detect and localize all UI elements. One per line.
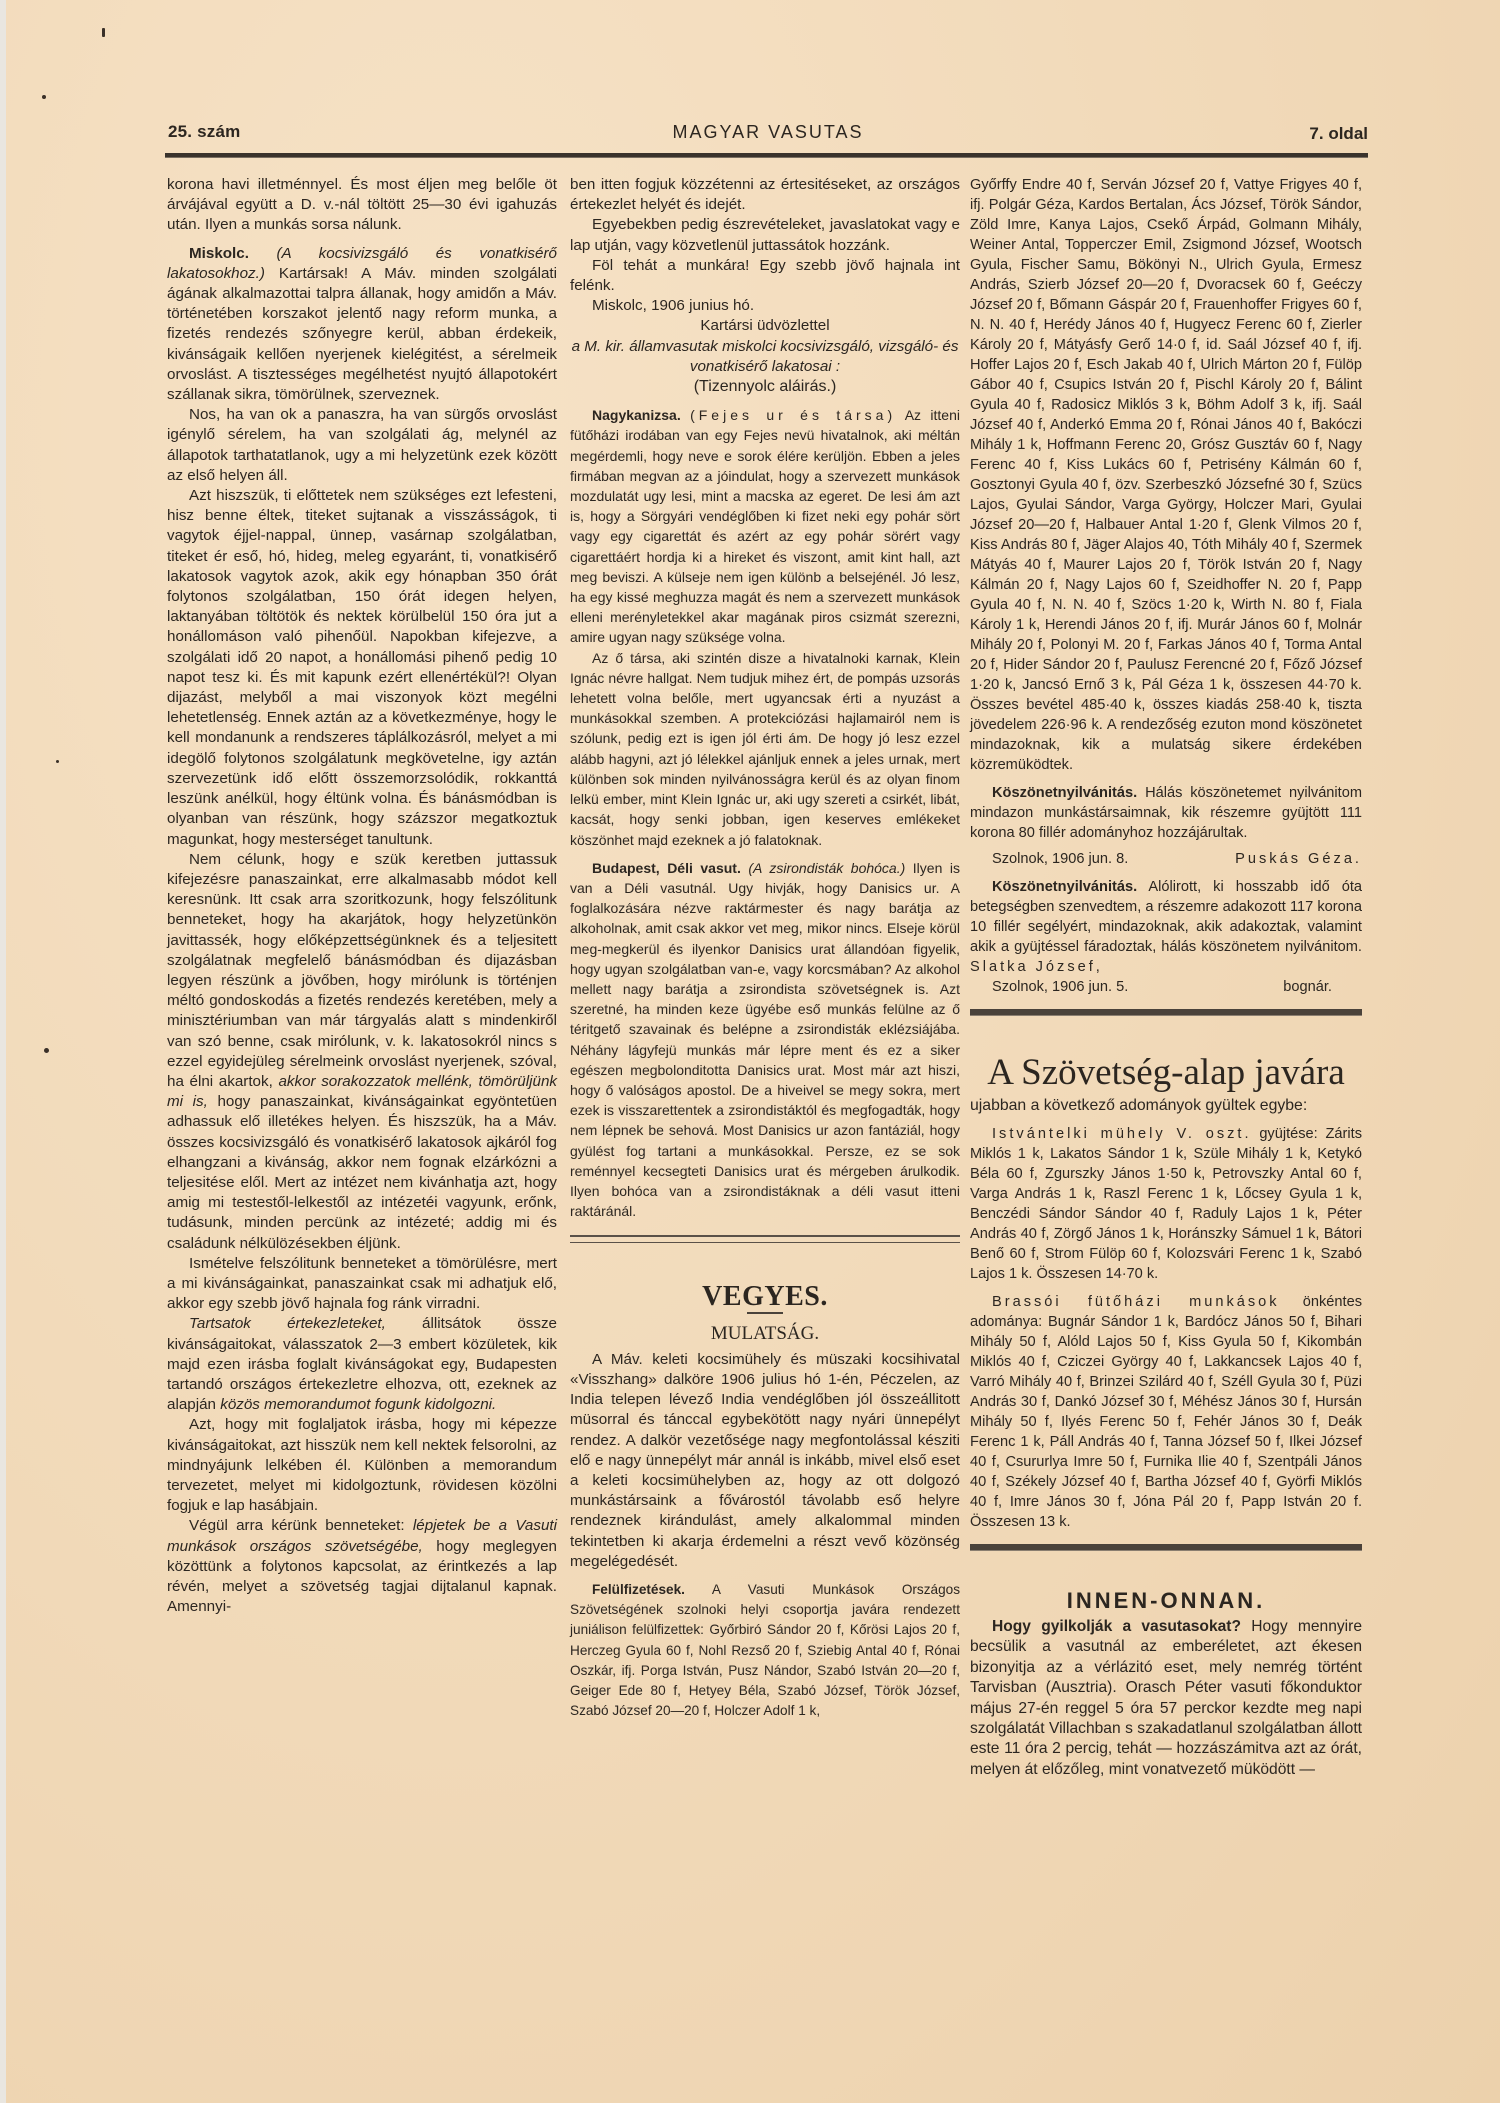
- article-text: Kartársak! A Máv. minden szolgálati ágán…: [167, 265, 557, 403]
- ink-speck: [44, 1048, 49, 1053]
- page-number: 7. oldal: [1309, 124, 1368, 144]
- notice-signature-row: Szolnok, 1906 jun. 5. bognár.: [970, 977, 1362, 997]
- section-divider: [570, 1235, 960, 1243]
- article-lead: Nagykanizsa.: [592, 407, 681, 423]
- article-budapest: Budapest, Déli vasut. (A zsirondisták bo…: [570, 858, 960, 1222]
- thanks-notice-2: Köszönetnyilvánitás. Alólirott, ki hossz…: [970, 877, 1362, 977]
- article-lead: Budapest, Déli vasut.: [592, 860, 741, 876]
- article-text: Az itteni fütőházi irodában van egy Feje…: [570, 407, 960, 645]
- paragraph: Nos, ha van ok a panaszra, ha van sürgős…: [167, 405, 557, 486]
- donation-list-istvantelek: Istvántelki mühely V. oszt. gyüjtése: Zá…: [970, 1124, 1362, 1284]
- article-gyilkoljak: Hogy gyilkolják a vasutasokat? Hogy menn…: [970, 1617, 1362, 1780]
- paragraph: korona havi illetménnyel. És most éljen …: [167, 175, 557, 236]
- article-lead: Felülfizetések.: [592, 1582, 685, 1597]
- article-miskolc: Miskolc. (A kocsivizsgáló és vonatkisérő…: [167, 244, 557, 406]
- column-middle: ben itten fogjuk közzétenni az értesités…: [570, 175, 960, 1721]
- greeting: Kartársi üdvözlettel: [570, 316, 960, 336]
- italic-text: Tartsatok értekezleteket,: [189, 1315, 386, 1332]
- notice-lead: Köszönetnyilvánitás.: [992, 785, 1137, 801]
- text: Végül arra kérünk benneteket:: [189, 1517, 405, 1534]
- dateline: Szolnok, 1906 jun. 8.: [992, 849, 1128, 869]
- paragraph: Azt, hogy mit foglaljatok irásba, hogy m…: [167, 1415, 557, 1516]
- paragraph: ben itten fogjuk közzétenni az értesités…: [570, 175, 960, 215]
- paragraph: Az ő társa, aki szintén disze a hivataln…: [570, 648, 960, 850]
- article-nagykanizsa: Nagykanizsa. (Fejes ur és társa) Az itte…: [570, 405, 960, 647]
- header-rule: [165, 153, 1368, 158]
- list-text: Zárits Miklós 1 k, Lakatos Sándor 1 k, S…: [970, 1126, 1362, 1282]
- paragraph: Nem célunk, hogy e szük keretben juttass…: [167, 850, 557, 1254]
- list-text: önkéntes adománya: Bugnár Sándor 1 k, Ba…: [970, 1294, 1362, 1530]
- text: hogy panaszainkat, kivánságainkat egyönt…: [167, 1093, 557, 1251]
- dateline: Szolnok, 1906 jun. 5.: [992, 977, 1128, 997]
- paragraph: Egyebekben pedig észrevételeket, javasla…: [570, 215, 960, 255]
- article-text: Hogy mennyire becsülik a vasutnál az emb…: [970, 1618, 1362, 1778]
- paragraph: Azt hiszszük, ti előttetek nem szükséges…: [167, 486, 557, 850]
- thanks-notice-1: Köszönetnyilvánitás. Hálás köszönetemet …: [970, 783, 1362, 843]
- paragraph: A Máv. keleti kocsimühely és müszaki koc…: [570, 1350, 960, 1572]
- section-heading-innen-onnan: INNEN-ONNAN.: [970, 1591, 1362, 1611]
- paragraph: Végül arra kérünk benneteket: lépjetek b…: [167, 1516, 557, 1617]
- donation-list-brasso: Brassói fütőházi munkások önkéntes adomá…: [970, 1292, 1362, 1532]
- masthead-title: MAGYAR VASUTAS: [168, 122, 1368, 143]
- article-felulfizetesek: Felülfizetések. A Vasuti Munkások Ország…: [570, 1580, 960, 1721]
- article-subtitle: (Fejes ur és társa): [690, 407, 896, 423]
- signer-role: bognár.: [1283, 977, 1362, 997]
- signer-name: Puskás Géza.: [1235, 849, 1362, 869]
- list-lead: Brassói fütőházi munkások: [992, 1294, 1280, 1310]
- donor-list: Győrffy Endre 40 f, Serván József 20 f, …: [970, 175, 1362, 775]
- paragraph: Föl tehát a munkára! Egy szebb jövő hajn…: [570, 256, 960, 296]
- column-left: korona havi illetménnyel. És most éljen …: [167, 175, 557, 1617]
- ink-speck: [42, 95, 46, 99]
- paragraph: Ismételve felszólitunk benneteket a tömö…: [167, 1254, 557, 1315]
- signature-count: (Tizennyolc aláirás.): [570, 377, 960, 397]
- column-right: Győrffy Endre 40 f, Serván József 20 f, …: [970, 175, 1362, 1780]
- page-header: 25. szám MAGYAR VASUTAS 7. oldal: [168, 122, 1368, 152]
- section-divider: [970, 1544, 1362, 1551]
- article-subtitle: (A zsirondisták bohóca.): [748, 860, 905, 876]
- section-divider: [970, 1009, 1362, 1016]
- section-heading-fund: A Szövetség-alap javára: [970, 1052, 1362, 1094]
- section-subheading: ujabban a következő adományok gyültek eg…: [970, 1096, 1362, 1116]
- section-heading-vegyes: VEGYES.: [570, 1287, 960, 1307]
- article-text: A Vasuti Munkások Országos Szövetségének…: [570, 1582, 960, 1718]
- notice-lead: Köszönetnyilvánitás.: [992, 879, 1137, 895]
- italic-text: közös memorandumot fogunk kidolgozni.: [220, 1396, 496, 1413]
- signer-name: Slatka József,: [970, 959, 1103, 975]
- scan-edge: [0, 0, 6, 2103]
- article-text: Ilyen is van a Déli vasutnál. Ugy hivják…: [570, 860, 960, 1219]
- list-lead: Istvántelki mühely V. oszt.: [992, 1126, 1252, 1142]
- dateline: Miskolc, 1906 junius hó.: [570, 296, 960, 316]
- ink-speck: [56, 760, 59, 763]
- ink-speck: [102, 28, 105, 37]
- article-lead: Miskolc.: [189, 245, 249, 262]
- notice-signature-row: Szolnok, 1906 jun. 8. Puskás Géza.: [970, 849, 1362, 869]
- subheading-mulatsag: MULATSÁG.: [570, 1324, 960, 1344]
- text: Nem célunk, hogy e szük keretben juttass…: [167, 851, 557, 1090]
- paragraph: Tartsatok értekezleteket, állitsátok öss…: [167, 1314, 557, 1415]
- newspaper-page: 25. szám MAGYAR VASUTAS 7. oldal korona …: [0, 0, 1500, 2103]
- signature-block: a M. kir. államvasutak miskolci kocsiviz…: [570, 337, 960, 377]
- article-lead: Hogy gyilkolják a vasutasokat?: [992, 1618, 1241, 1635]
- list-lead: gyüjtése:: [1259, 1126, 1317, 1142]
